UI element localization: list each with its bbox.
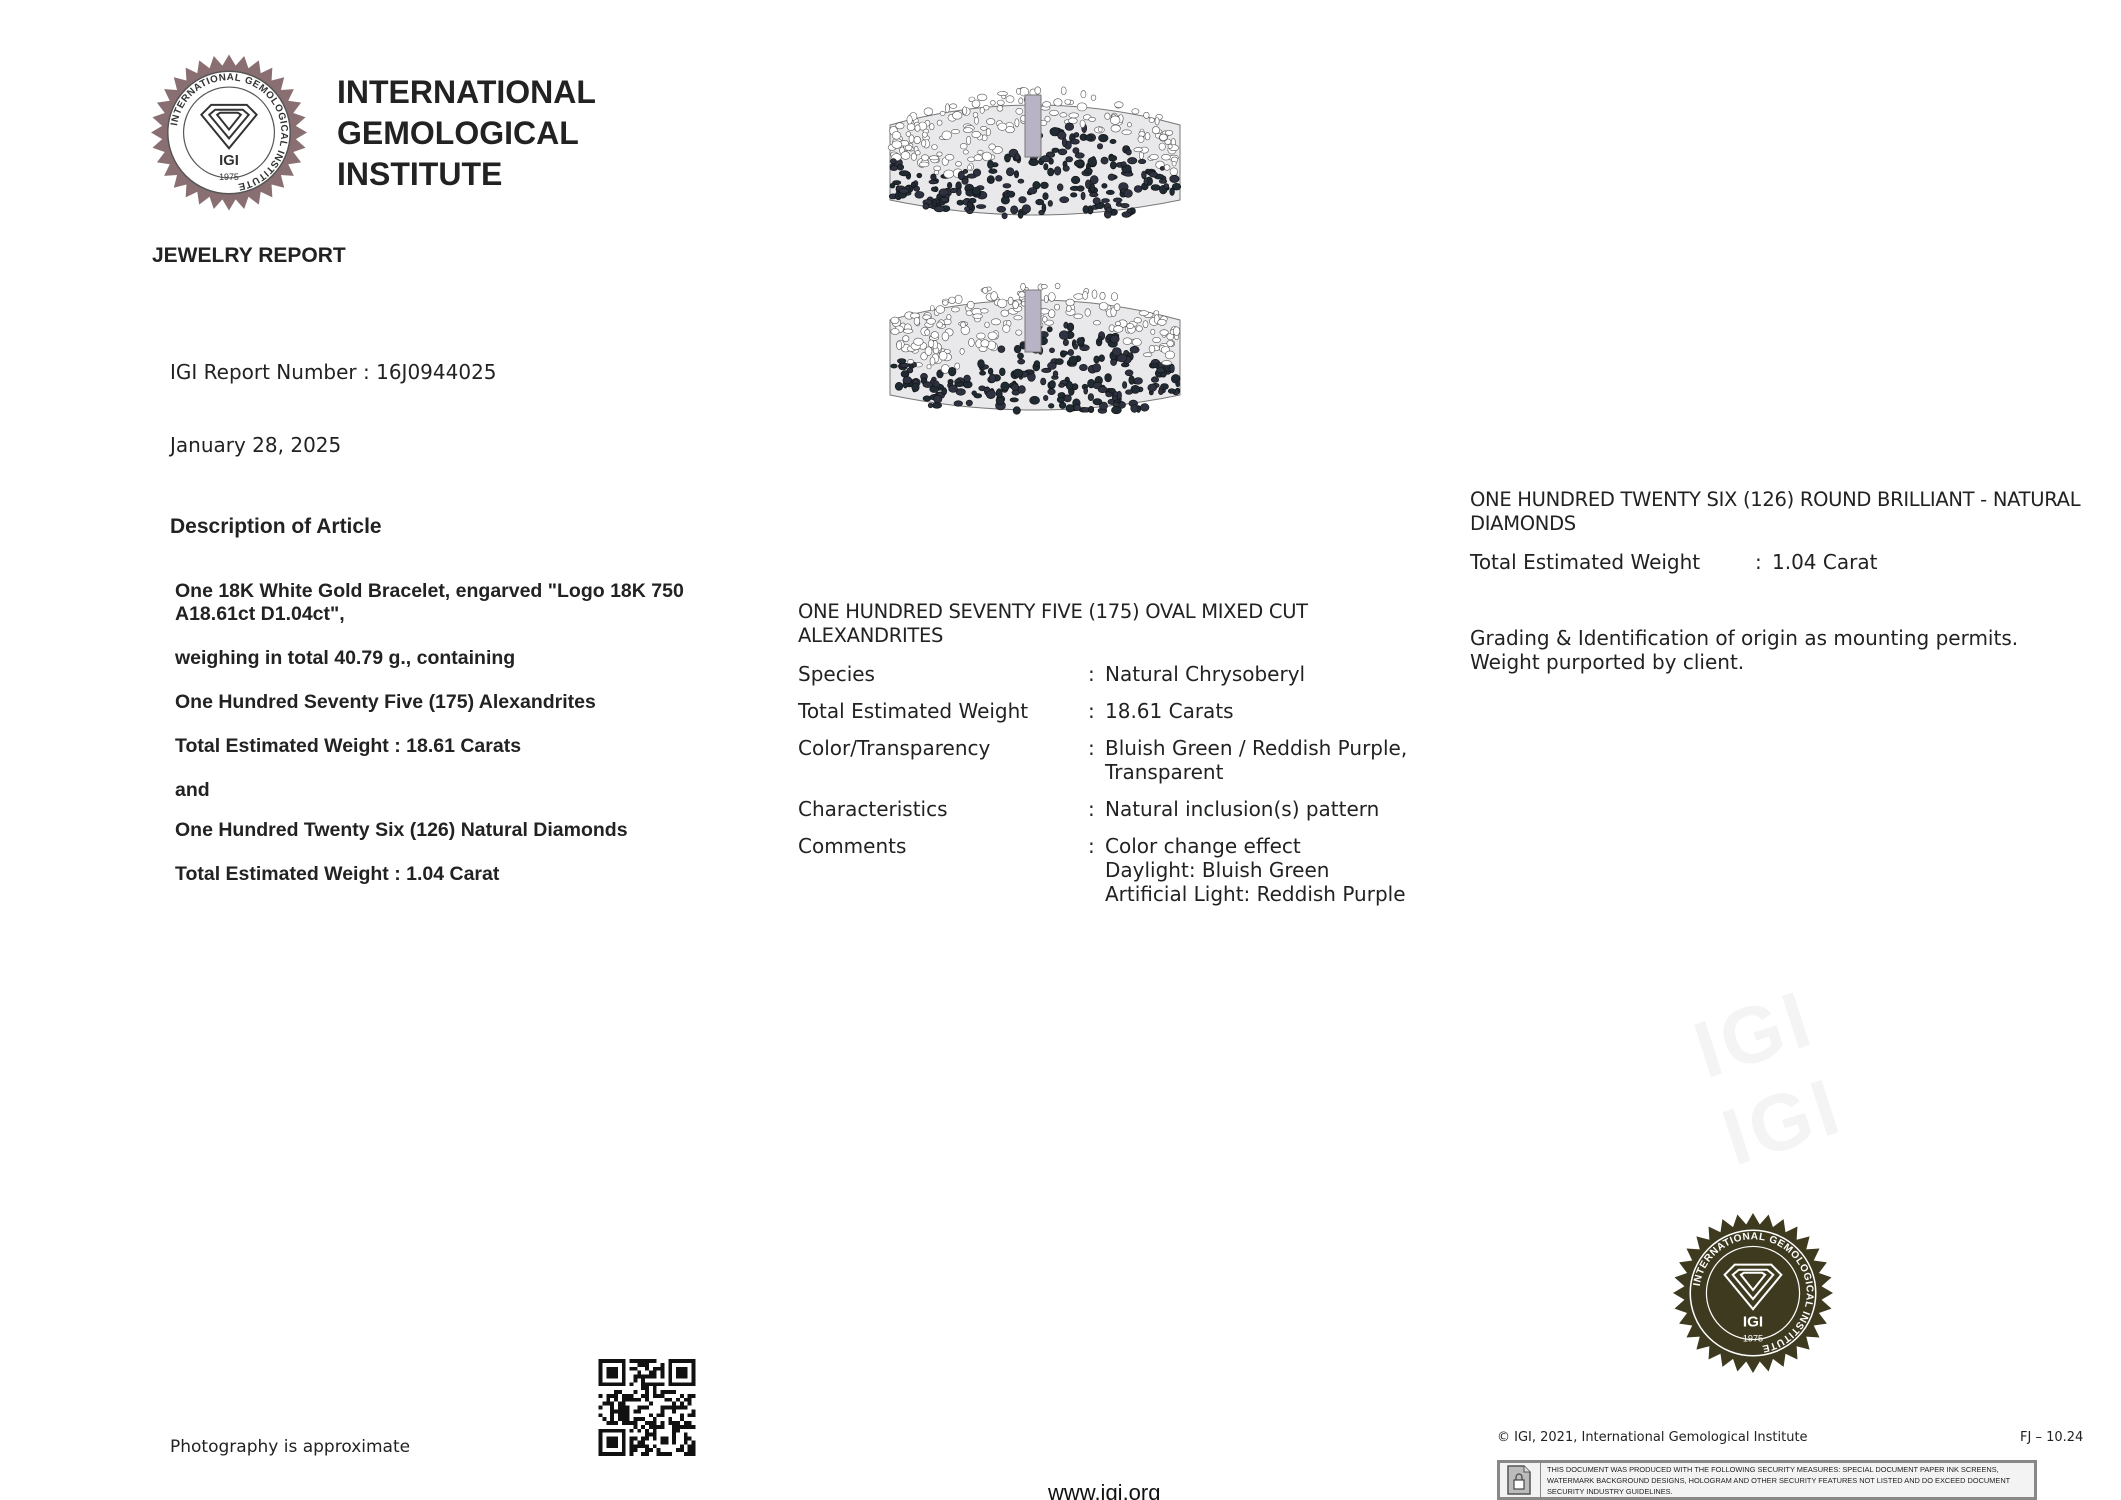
- detail-label: Comments: [798, 834, 1088, 906]
- detail-label: Species: [798, 662, 1088, 686]
- description-line: Total Estimated Weight : 18.61 Carats: [175, 735, 735, 758]
- detail-value: 1.04 Carat: [1772, 550, 2120, 574]
- bracelet-photo: [880, 275, 1190, 425]
- svg-text:1975: 1975: [219, 172, 239, 182]
- detail-row: Characteristics:Natural inclusion(s) pat…: [798, 797, 1438, 821]
- detail-value: 18.61 Carats: [1105, 699, 1438, 723]
- description-line: One 18K White Gold Bracelet, engarved "L…: [175, 580, 735, 626]
- org-title-line: INSTITUTE: [337, 154, 596, 195]
- detail-value: Bluish Green / Reddish Purple,Transparen…: [1105, 736, 1438, 784]
- detail-label: Total Estimated Weight: [1470, 550, 1755, 574]
- photography-note: Photography is approximate: [170, 1437, 410, 1457]
- org-title: INTERNATIONAL GEMOLOGICAL INSTITUTE: [337, 72, 596, 195]
- description-line: weighing in total 40.79 g., containing: [175, 647, 735, 670]
- detail-row: Species:Natural Chrysoberyl: [798, 662, 1438, 686]
- detail-value: Natural inclusion(s) pattern: [1105, 797, 1438, 821]
- diamond-details: ONE HUNDRED TWENTY SIX (126) ROUND BRILL…: [1470, 488, 2120, 674]
- description-of-article: One 18K White Gold Bracelet, engarved "L…: [175, 580, 735, 907]
- igi-hologram-seal-icon: INTERNATIONAL GEMOLOGICAL INSTITUTEIGI19…: [1672, 1212, 1834, 1374]
- detail-separator: :: [1088, 699, 1105, 723]
- security-text: This document was produced with the foll…: [1540, 1463, 2034, 1497]
- bracelet-photo: [880, 80, 1190, 230]
- report-type: JEWELRY REPORT: [152, 244, 346, 268]
- detail-separator: :: [1088, 736, 1105, 784]
- copyright: © IGI, 2021, International Gemological I…: [1497, 1430, 1808, 1445]
- description-heading: Description of Article: [170, 515, 382, 539]
- description-line: One Hundred Twenty Six (126) Natural Dia…: [175, 819, 735, 842]
- detail-separator: :: [1088, 797, 1105, 821]
- igi-seal-logo-icon: INTERNATIONAL GEMOLOGICAL INSTITUTEIGI19…: [150, 50, 308, 215]
- secure-document-lock-icon: [1506, 1465, 1532, 1495]
- svg-text:1975: 1975: [1743, 1334, 1763, 1344]
- detail-value: Color change effectDaylight: Bluish Gree…: [1105, 834, 1438, 906]
- alexandrite-heading: ONE HUNDRED SEVENTY FIVE (175) OVAL MIXE…: [798, 600, 1358, 648]
- detail-label: Characteristics: [798, 797, 1088, 821]
- detail-separator: :: [1088, 662, 1105, 686]
- form-code: FJ – 10.24: [2020, 1430, 2083, 1445]
- detail-row: Total Estimated Weight:1.04 Carat: [1470, 550, 2120, 574]
- report-number: IGI Report Number : 16J0944025: [170, 360, 497, 384]
- svg-text:IGI: IGI: [219, 153, 239, 169]
- qr-code[interactable]: [598, 1359, 696, 1456]
- svg-text:IGI: IGI: [1743, 1313, 1763, 1330]
- alexandrite-details: ONE HUNDRED SEVENTY FIVE (175) OVAL MIXE…: [798, 600, 1438, 919]
- website-link[interactable]: www.igi.org: [1048, 1480, 1160, 1500]
- org-title-line: INTERNATIONAL: [337, 72, 596, 113]
- detail-row: Comments:Color change effectDaylight: Bl…: [798, 834, 1438, 906]
- detail-row: Total Estimated Weight:18.61 Carats: [798, 699, 1438, 723]
- description-line: One Hundred Seventy Five (175) Alexandri…: [175, 691, 735, 714]
- diamond-heading: ONE HUNDRED TWENTY SIX (126) ROUND BRILL…: [1470, 488, 2110, 536]
- detail-separator: :: [1755, 550, 1772, 574]
- detail-value: Natural Chrysoberyl: [1105, 662, 1438, 686]
- detail-label: Total Estimated Weight: [798, 699, 1088, 723]
- report-date: January 28, 2025: [170, 433, 341, 457]
- description-line: and: [175, 779, 735, 802]
- grading-note: Grading & Identification of origin as mo…: [1470, 626, 2120, 674]
- description-line: Total Estimated Weight : 1.04 Carat: [175, 863, 735, 886]
- security-notice: This document was produced with the foll…: [1497, 1460, 2037, 1500]
- detail-separator: :: [1088, 834, 1105, 906]
- org-title-line: GEMOLOGICAL: [337, 113, 596, 154]
- detail-label: Color/Transparency: [798, 736, 1088, 784]
- detail-row: Color/Transparency:Bluish Green / Reddis…: [798, 736, 1438, 784]
